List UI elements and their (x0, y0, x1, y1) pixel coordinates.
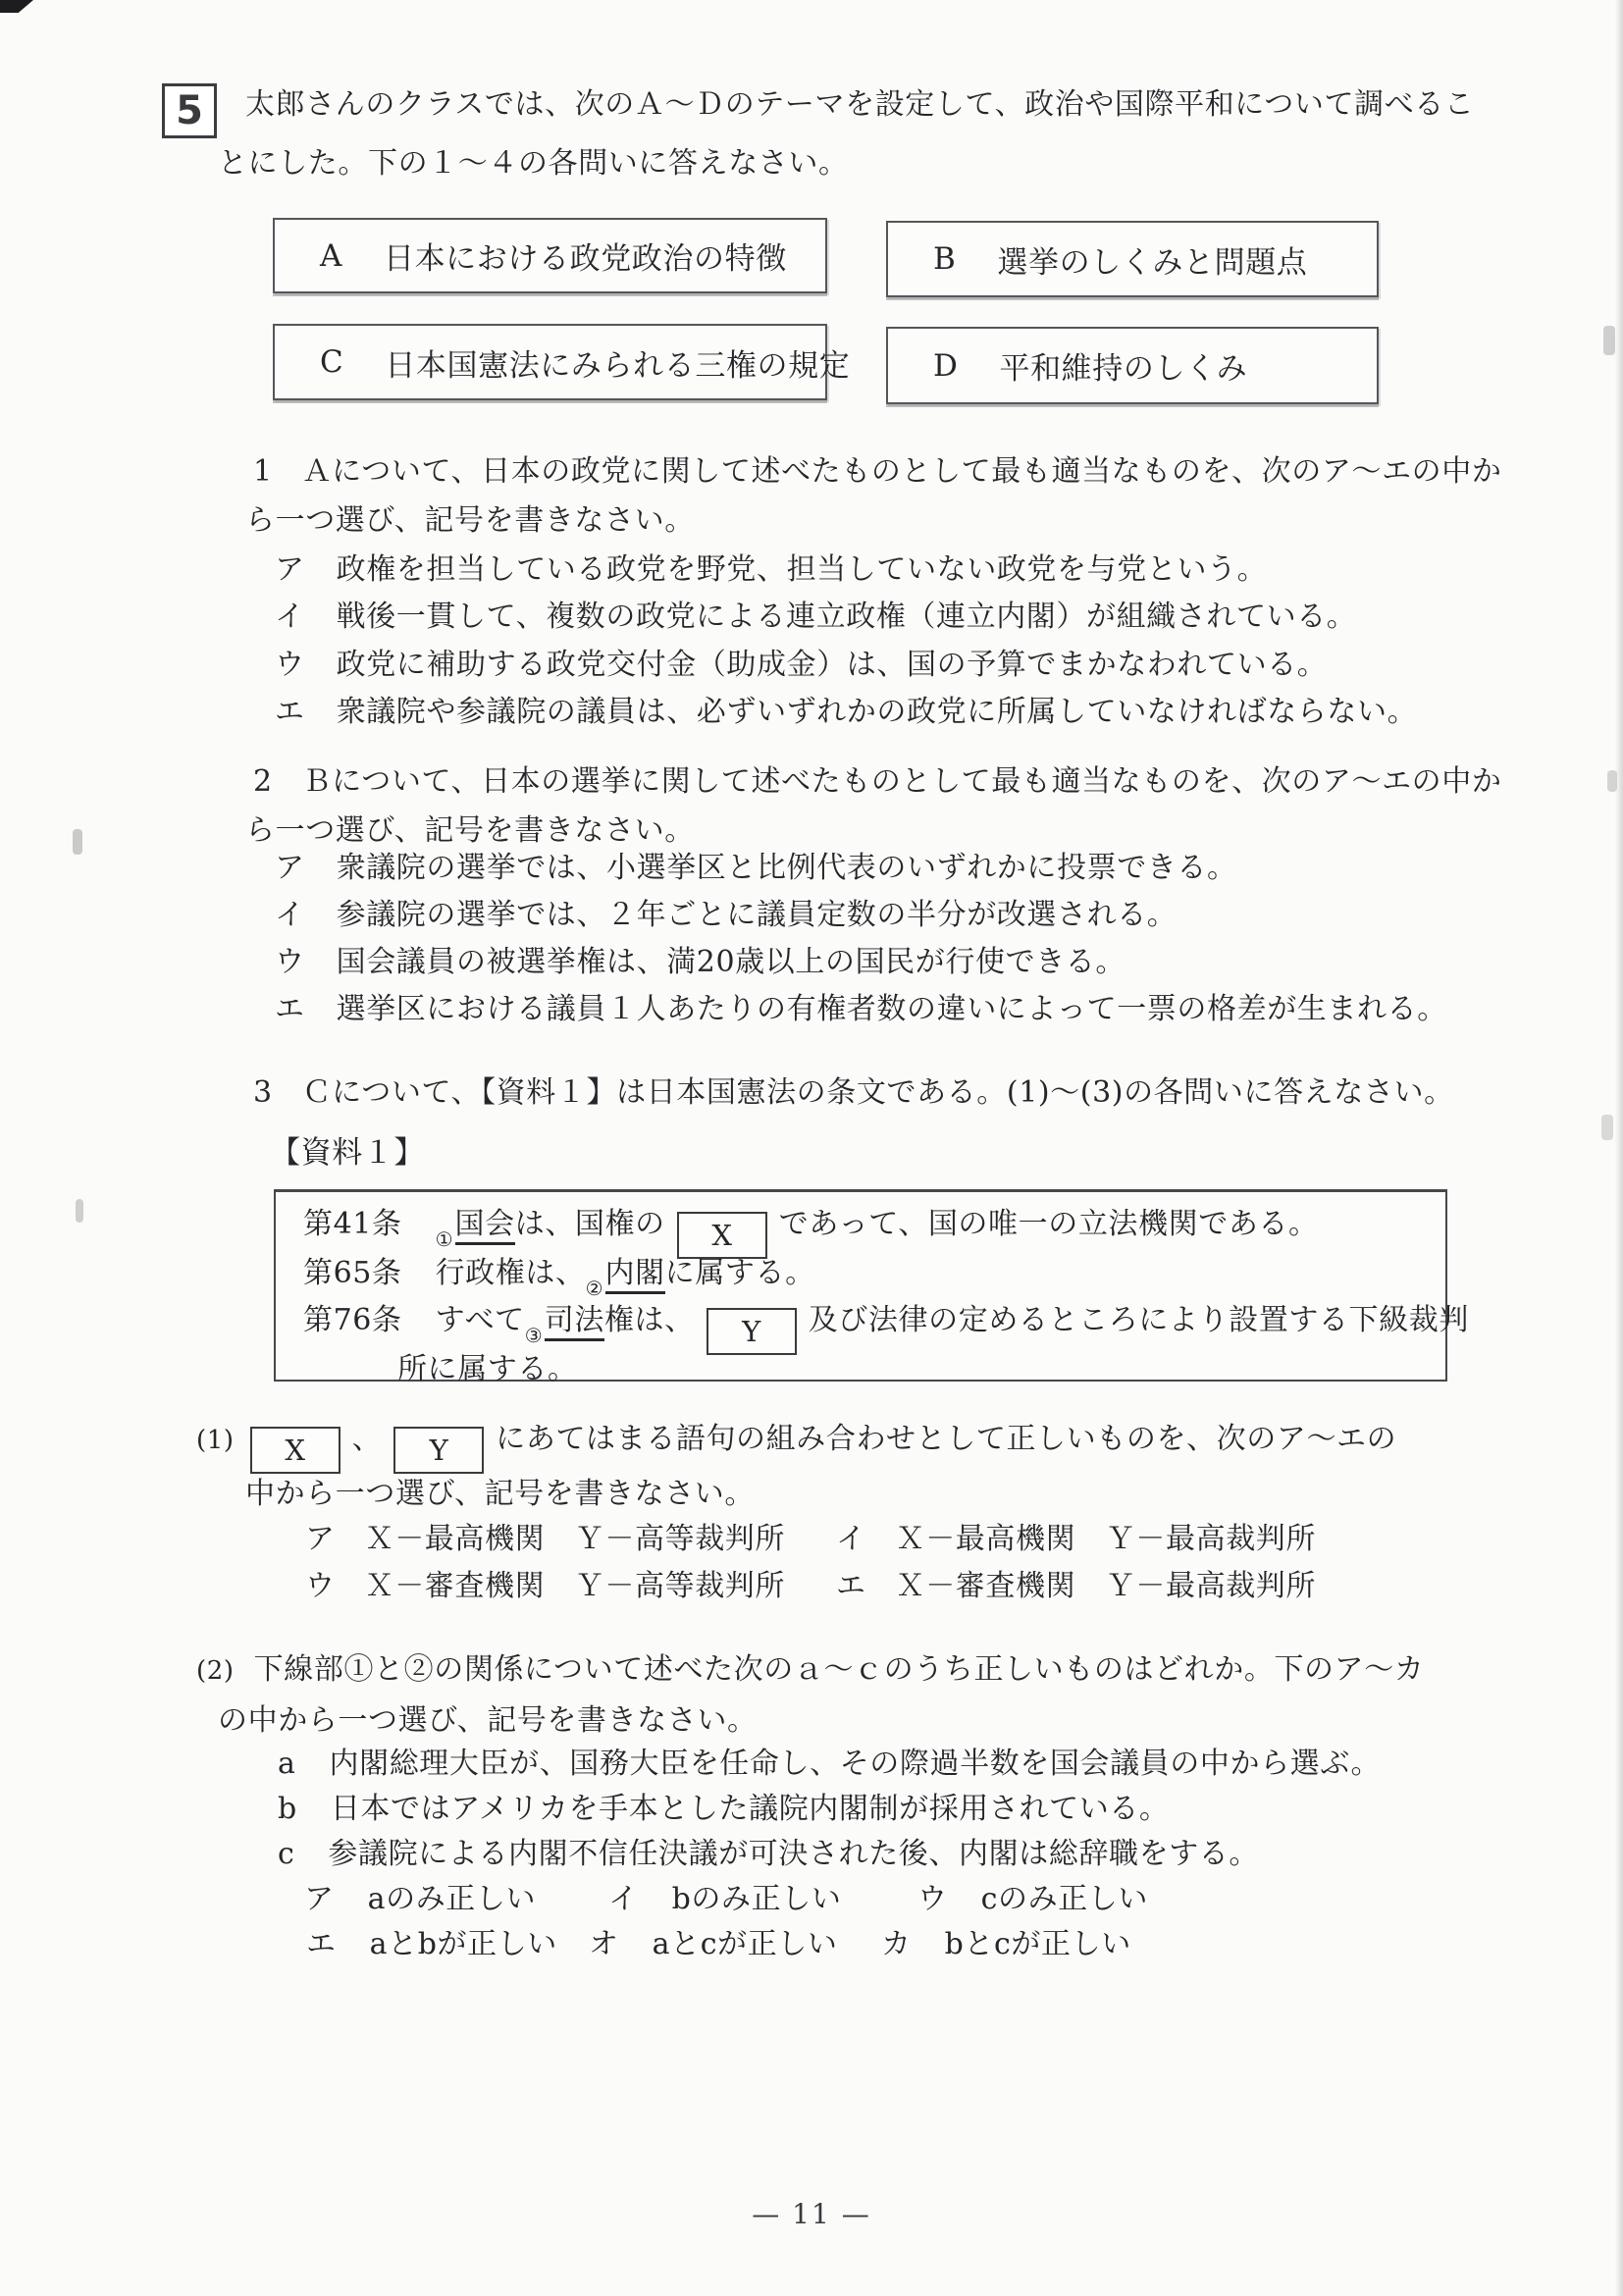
theme-d-label: D (933, 348, 958, 384)
blank-box-y-ref: Y (393, 1427, 484, 1474)
option-text: Ｘ－最高機関 Ｙ－高等裁判所 (365, 1522, 785, 1556)
q1-option-a: ア政権を担当している政党を野党、担当していない政党を与党という。 (275, 551, 1267, 589)
scan-artifact (1601, 1115, 1613, 1140)
option-label: エ (275, 992, 305, 1026)
shiryo1-box: 第41条①国会は、国権のXであって、国の唯一の立法機関である。 第65条行政権は… (274, 1189, 1447, 1382)
article-76-text-2: 権は、 (604, 1303, 695, 1337)
q1-option-e: エ衆議院や参議院の議員は、必ずいずれかの政党に所属していなければならない。 (275, 694, 1417, 731)
q3-2-option-e: エaとbが正しい (306, 1926, 557, 1963)
option-label: ア (305, 1522, 336, 1556)
option-text: 参議院の選挙では、２年ごとに議員定数の半分が改選される。 (337, 898, 1178, 932)
q1-text-1: Ａについて、日本の政党に関して述べたものとして最も適当なものを、次のア～エの中か (302, 454, 1502, 489)
option-text: Ｘ－審査機関 Ｙ－高等裁判所 (365, 1569, 785, 1603)
theme-box-d: D 平和維持のしくみ (886, 327, 1379, 404)
scan-artifact (1603, 326, 1615, 355)
exam-page: 5 太郎さんのクラスでは、次のＡ～Ｄのテーマを設定して、政治や国際平和について調… (0, 0, 1623, 2296)
option-label: ウ (275, 945, 305, 979)
option-label: ウ (275, 648, 305, 682)
theme-b-label: B (933, 241, 956, 277)
option-text: 政権を担当している政党を野党、担当していない政党を与党という。 (337, 552, 1268, 587)
q3-2-statement-c: c参議院による内閣不信任決議が可決された後、内閣は総辞職をする。 (278, 1836, 1259, 1873)
option-label: ウ (305, 1569, 336, 1603)
option-text: 国会議員の被選挙権は、満20歳以上の国民が行使できる。 (337, 945, 1126, 979)
q3-2-option-a: アaのみ正しい (304, 1881, 536, 1918)
q3-2-option-o: オaとcが正しい (589, 1926, 838, 1963)
option-text: 選挙区における議員１人あたりの有権者数の違いによって一票の格差が生まれる。 (337, 992, 1447, 1026)
statement-text: 参議院による内閣不信任決議が可決された後、内閣は総辞職をする。 (328, 1837, 1259, 1871)
article-41-line: 第41条①国会は、国権のXであって、国の唯一の立法機関である。 (303, 1206, 1319, 1259)
scan-artifact-right-edge (1615, 0, 1623, 2296)
q3-1-option-e: エＸ－審査機関 Ｙ－最高裁判所 (836, 1568, 1316, 1605)
theme-box-b: B 選挙のしくみと問題点 (886, 221, 1379, 297)
statement-label: b (278, 1792, 297, 1826)
article-76-continuation: 所に属する。 (397, 1351, 578, 1388)
option-label: ア (304, 1882, 335, 1916)
option-text: 衆議院や参議院の議員は、必ずいずれかの政党に所属していなければならない。 (337, 695, 1418, 729)
circled-1-mark: ① (436, 1227, 453, 1251)
statement-label: c (278, 1837, 294, 1871)
article-65-text-2: に属する。 (665, 1256, 815, 1290)
q1-line-2: ら一つ選び、記号を書きなさい。 (245, 502, 695, 540)
q2-option-a: ア衆議院の選挙では、小選挙区と比例代表のいずれかに投票できる。 (275, 850, 1237, 887)
option-text: 政党に補助する政党交付金（助成金）は、国の予算でまかなわれている。 (337, 648, 1328, 682)
option-label: カ (881, 1927, 912, 1961)
intro-line-1: 太郎さんのクラスでは、次のＡ～Ｄのテーマを設定して、政治や国際平和について調べる… (245, 86, 1475, 124)
theme-b-text: 選挙のしくみと問題点 (997, 237, 1307, 282)
underlined-shiho: 司法 (545, 1303, 604, 1341)
article-76-number: 第76条 (303, 1303, 402, 1337)
theme-c-label: C (320, 344, 343, 380)
question-5-number-box: 5 (162, 83, 217, 138)
q2-option-u: ウ国会議員の被選挙権は、満20歳以上の国民が行使できる。 (275, 944, 1126, 981)
scan-artifact-corner (0, 0, 33, 13)
q2-option-e: エ選挙区における議員１人あたりの有権者数の違いによって一票の格差が生まれる。 (275, 991, 1447, 1028)
option-label: ア (275, 851, 305, 885)
theme-a-label: A (320, 238, 342, 274)
q3-1-line-2: 中から一つ選び、記号を書きなさい。 (245, 1476, 755, 1513)
option-label: ア (275, 552, 305, 587)
q3-2-statement-b: b日本ではアメリカを手本とした議院内閣制が採用されている。 (278, 1791, 1170, 1828)
option-label: イ (836, 1522, 866, 1556)
intro-line-2: とにした。下の１～４の各問いに答えなさい。 (218, 145, 849, 183)
q3-1-line-1: (1)X、Yにあてはまる語句の組み合わせとして正しいものを、次のア～エの (196, 1421, 1396, 1474)
q2-text-1: Ｂについて、日本の選挙に関して述べたものとして最も適当なものを、次のア～エの中か (302, 764, 1502, 799)
q1-number: 1 (253, 454, 273, 489)
statement-text: 内閣総理大臣が、国務大臣を任命し、その際過半数を国会議員の中から選ぶ。 (330, 1747, 1382, 1781)
option-text: cのみ正しい (981, 1882, 1148, 1916)
q2-line-2: ら一つ選び、記号を書きなさい。 (245, 812, 695, 850)
blank-box-x: X (677, 1212, 767, 1259)
option-label: イ (608, 1882, 639, 1916)
underlined-naikaku: 内閣 (605, 1256, 665, 1294)
q3-text-1: Ｃについて、【資料１】は日本国憲法の条文である。(1)～(3)の各問いに答えなさ… (302, 1075, 1454, 1110)
option-label: イ (275, 898, 305, 932)
option-text: Ｘ－最高機関 Ｙ－最高裁判所 (896, 1522, 1316, 1556)
option-label: イ (275, 600, 305, 634)
q2-option-i: イ参議院の選挙では、２年ごとに議員定数の半分が改選される。 (275, 897, 1177, 934)
option-text: bのみ正しい (672, 1882, 842, 1916)
option-label: オ (589, 1927, 619, 1961)
option-text: 戦後一貫して、複数の政党による連立政権（連立内閣）が組織されている。 (337, 600, 1357, 634)
q3-2-statement-a: a内閣総理大臣が、国務大臣を任命し、その際過半数を国会議員の中から選ぶ。 (278, 1746, 1381, 1783)
article-41-text-2: であって、国の唯一の立法機関である。 (779, 1207, 1319, 1241)
article-76-text-3: 及び法律の定めるところにより設置する下級裁判 (809, 1303, 1469, 1337)
option-label: ウ (917, 1882, 948, 1916)
question-5-number: 5 (176, 88, 203, 133)
theme-box-a: A 日本における政党政治の特徴 (273, 218, 827, 293)
article-65-line: 第65条行政権は、②内閣に属する。 (303, 1255, 815, 1292)
q2-number: 2 (253, 764, 273, 799)
theme-d-text: 平和維持のしくみ (999, 343, 1247, 388)
q3-2-text-1: 下線部①と②の関係について述べた次のａ～ｃのうち正しいものはどれか。下のア～カ (254, 1652, 1425, 1687)
circled-3-mark: ③ (525, 1324, 543, 1347)
blank-box-y: Y (707, 1308, 797, 1355)
q3-2-line-2: の中から一つ選び、記号を書きなさい。 (218, 1702, 758, 1740)
q2-line-1: 2Ｂについて、日本の選挙に関して述べたものとして最も適当なものを、次のア～エの中… (253, 763, 1502, 801)
option-label: エ (275, 695, 305, 729)
option-text: aとbが正しい (370, 1927, 557, 1961)
option-text: Ｘ－審査機関 Ｙ－最高裁判所 (896, 1569, 1316, 1603)
statement-text: 日本ではアメリカを手本とした議院内閣制が採用されている。 (331, 1792, 1170, 1826)
theme-a-text: 日本における政党政治の特徴 (384, 234, 787, 278)
underlined-kokkai: 国会 (455, 1207, 515, 1245)
q3-1-option-i: イＸ－最高機関 Ｙ－最高裁判所 (836, 1521, 1316, 1558)
circled-2-mark: ② (586, 1277, 603, 1300)
theme-box-c: C 日本国憲法にみられる三権の規定 (273, 324, 827, 400)
q3-1-label: (1) (196, 1426, 235, 1455)
article-41-text-1: は、国権の (515, 1207, 665, 1241)
q3-number: 3 (253, 1075, 273, 1110)
q3-2-option-i: イbのみ正しい (608, 1881, 841, 1918)
q3-2-option-u: ウcのみ正しい (917, 1881, 1148, 1918)
article-65-number: 第65条 (303, 1256, 402, 1290)
shiryo1-title: 【資料１】 (270, 1134, 425, 1173)
q3-line-1: 3Ｃについて、【資料１】は日本国憲法の条文である。(1)～(3)の各問いに答えな… (253, 1074, 1454, 1112)
article-65-text-1: 行政権は、 (436, 1256, 586, 1290)
scan-artifact (73, 829, 82, 855)
option-label: エ (306, 1927, 337, 1961)
comma: 、 (352, 1422, 383, 1456)
q3-1-option-a: アＸ－最高機関 Ｙ－高等裁判所 (305, 1521, 785, 1558)
q3-2-label: (2) (196, 1656, 235, 1686)
article-76-line: 第76条すべて③司法権は、Y及び法律の定めるところにより設置する下級裁判 (303, 1302, 1469, 1355)
option-text: 衆議院の選挙では、小選挙区と比例代表のいずれかに投票できる。 (337, 851, 1237, 885)
theme-c-text: 日本国憲法にみられる三権の規定 (385, 340, 850, 385)
q3-1-text-1: にあてはまる語句の組み合わせとして正しいものを、次のア～エの (496, 1422, 1396, 1456)
article-41-number: 第41条 (303, 1207, 402, 1241)
blank-box-x-ref: X (250, 1427, 340, 1474)
q1-option-i: イ戦後一貫して、複数の政党による連立政権（連立内閣）が組織されている。 (275, 599, 1356, 636)
article-76-text-1: すべて (436, 1303, 525, 1337)
option-label: エ (836, 1569, 866, 1603)
option-text: aのみ正しい (368, 1882, 537, 1916)
page-number: — 11 — (0, 2198, 1623, 2230)
q3-1-option-u: ウＸ－審査機関 Ｙ－高等裁判所 (305, 1568, 785, 1605)
q1-line-1: 1Ａについて、日本の政党に関して述べたものとして最も適当なものを、次のア～エの中… (253, 453, 1502, 491)
statement-label: a (278, 1747, 296, 1781)
option-text: aとcが正しい (653, 1927, 838, 1961)
q1-option-u: ウ政党に補助する政党交付金（助成金）は、国の予算でまかなわれている。 (275, 647, 1327, 684)
scan-artifact (1607, 770, 1617, 792)
option-text: bとcが正しい (945, 1927, 1131, 1961)
q3-2-option-ka: カbとcが正しい (881, 1926, 1131, 1963)
scan-artifact (76, 1199, 83, 1223)
q3-2-line-1: (2)下線部①と②の関係について述べた次のａ～ｃのうち正しいものはどれか。下のア… (196, 1651, 1424, 1689)
